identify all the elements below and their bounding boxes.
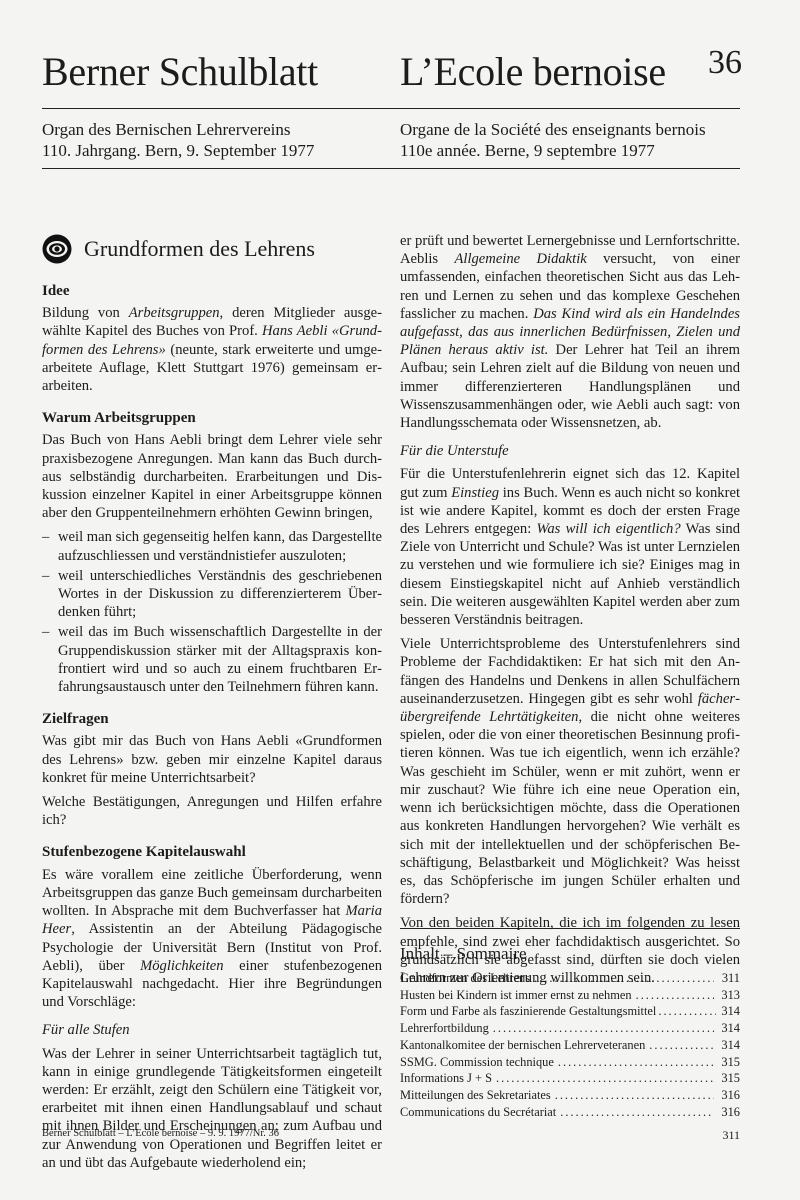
organ-german-line1: Organ des Bernischen Lehrervereins	[42, 119, 314, 140]
header-rule-top	[42, 108, 740, 109]
publication-title-german: Berner Schulblatt	[42, 48, 318, 95]
toc-item-label: Form und Farbe als faszinierende Gestalt…	[400, 1003, 656, 1020]
article-column-right: er prüft und bewertet Lernergebnisse und…	[400, 232, 740, 993]
leader-dots	[649, 1037, 714, 1054]
leader-dots	[496, 1070, 714, 1087]
list-item: weil das im Buch wissenschaftlich Darges…	[42, 623, 382, 696]
list-item: weil man sich gegenseitig helfen kann, d…	[42, 528, 382, 564]
toc-item-label: Mitteilungen des Sekretariates	[400, 1087, 551, 1104]
leader-dots	[558, 1054, 714, 1071]
paragraph-unterstufe-2: Viele Unterrichtsprobleme des Unterstufe…	[400, 635, 740, 908]
leader-dots	[560, 1104, 714, 1121]
heading-idee: Idee	[42, 282, 382, 300]
toc-item[interactable]: Husten bei Kindern ist immer ernst zu ne…	[400, 987, 740, 1004]
leader-dots	[534, 970, 714, 987]
footer-citation: Berner Schulblatt – L’Ecole bernoise – 9…	[42, 1128, 279, 1143]
toc-item-page: 316	[718, 1087, 740, 1104]
paragraph-warum: Das Buch von Hans Aebli bringt dem Lehre…	[42, 431, 382, 522]
toc-item[interactable]: Form und Farbe als faszinierende Gestalt…	[400, 1003, 740, 1020]
text: Was sind Ziele von Unterricht und Schule…	[400, 521, 740, 628]
organ-french: Organe de la Société des enseignants ber…	[400, 119, 706, 161]
toc-item[interactable]: Grundformen des Lehrens311	[400, 970, 740, 987]
paragraph-zielfragen-2: Welche Bestätigungen, Anregungen und Hil…	[42, 793, 382, 829]
heading-warum: Warum Arbeitsgruppen	[42, 409, 382, 427]
paragraph-stufen: Es wäre vorallem eine zeitliche Überford…	[42, 866, 382, 1012]
subheading-alle-stufen: Für alle Stufen	[42, 1021, 382, 1039]
toc-item-page: 314	[718, 1020, 740, 1037]
toc-item[interactable]: Kantonalkomitee der bernischen Lehrervet…	[400, 1037, 740, 1054]
reasons-list: weil man sich gegenseitig helfen kann, d…	[42, 528, 382, 696]
paragraph-unterstufe-1: Für die Unterstufenlehrerin eignet sich …	[400, 465, 740, 629]
paragraph-didaktik: er prüft und bewertet Lernergebnisse und…	[400, 232, 740, 432]
emphasis-text: Allgemeine Didaktik	[454, 251, 586, 267]
leader-dots	[636, 987, 714, 1004]
toc-heading: Inhalt – Sommaire	[400, 944, 740, 964]
toc-item-page: 316	[718, 1104, 740, 1121]
toc-item-page: 314	[718, 1037, 740, 1054]
header-rule-bottom	[42, 168, 740, 169]
organ-french-line2: 110e année. Berne, 9 septembre 1977	[400, 140, 706, 161]
emphasis-text: Arbeitsgruppen	[129, 305, 220, 321]
emphasis-text: Möglichkeiten	[140, 958, 223, 974]
emphasis-text: Einstieg	[451, 485, 499, 501]
toc-item-page: 315	[718, 1054, 740, 1071]
organ-german-line2: 110. Jahrgang. Bern, 9. September 1977	[42, 140, 314, 161]
paragraph-idee: Bildung von Arbeitsgruppen, deren Mitgli…	[42, 304, 382, 395]
toc-item-label: Grundformen des Lehrens	[400, 970, 530, 987]
toc-item-label: Communications du Secrétariat	[400, 1104, 556, 1121]
toc-item[interactable]: Informations J + S315	[400, 1070, 740, 1087]
article-title-text: Grundformen des Lehrens	[84, 240, 315, 258]
toc-item-label: Lehrerfortbildung	[400, 1020, 489, 1037]
toc-item-label: Informations J + S	[400, 1070, 492, 1087]
toc-item[interactable]: Lehrerfortbildung314	[400, 1020, 740, 1037]
footer-page-number: 311	[722, 1128, 740, 1143]
toc-item-page: 311	[718, 970, 740, 987]
emphasis-text: Was will ich eigentlich?	[537, 521, 681, 537]
text: Viele Unterrichtsprobleme des Unterstufe…	[400, 636, 740, 707]
toc-item[interactable]: Communications du Secrétariat316	[400, 1104, 740, 1121]
article-title: Grundformen des Lehrens	[42, 232, 382, 266]
eye-target-icon	[42, 234, 72, 264]
table-of-contents: Inhalt – Sommaire Grundformen des Lehren…	[400, 944, 740, 1120]
toc-item-page: 315	[718, 1070, 740, 1087]
text: Bildung von	[42, 305, 129, 321]
text: Es wäre vorallem eine zeitliche Überford…	[42, 867, 382, 919]
toc-item-label: Husten bei Kindern ist immer ernst zu ne…	[400, 987, 632, 1004]
list-item: weil unterschiedliches Verständnis des g…	[42, 567, 382, 622]
organ-french-line1: Organe de la Société des enseignants ber…	[400, 119, 706, 140]
leader-dots	[555, 1087, 714, 1104]
toc-item[interactable]: Mitteilungen des Sekretariates316	[400, 1087, 740, 1104]
paragraph-alle-stufen: Was der Lehrer in seiner Unterrichtsarbe…	[42, 1045, 382, 1172]
subheading-unterstufe: Für die Unterstufe	[400, 442, 740, 460]
toc-item[interactable]: SSMG. Commission technique315	[400, 1054, 740, 1071]
heading-stufen: Stufenbezogene Kapitelauswahl	[42, 843, 382, 861]
article-column-left: Grundformen des Lehrens Idee Bildung von…	[42, 232, 382, 1178]
toc-item-page: 314	[718, 1003, 740, 1020]
paragraph-zielfragen-1: Was gibt mir das Buch von Hans Aebli «Gr…	[42, 732, 382, 787]
page-footer: Berner Schulblatt – L’Ecole bernoise – 9…	[42, 1128, 740, 1143]
text: , die nicht ohne weiteres spie­len, oder…	[400, 709, 740, 907]
toc-rule	[400, 928, 740, 929]
leader-dots	[493, 1020, 714, 1037]
toc-item-page: 313	[718, 987, 740, 1004]
issue-number: 36	[708, 44, 742, 82]
toc-item-label: Kantonalkomitee der bernischen Lehrervet…	[400, 1037, 645, 1054]
toc-item-label: SSMG. Commission technique	[400, 1054, 554, 1071]
publication-title-french: L’Ecole bernoise	[400, 48, 666, 95]
leader-dots	[658, 1003, 716, 1020]
masthead: Berner Schulblatt L’Ecole bernoise 36	[42, 40, 742, 106]
organ-german: Organ des Bernischen Lehrervereins 110. …	[42, 119, 314, 161]
heading-zielfragen: Zielfragen	[42, 710, 382, 728]
